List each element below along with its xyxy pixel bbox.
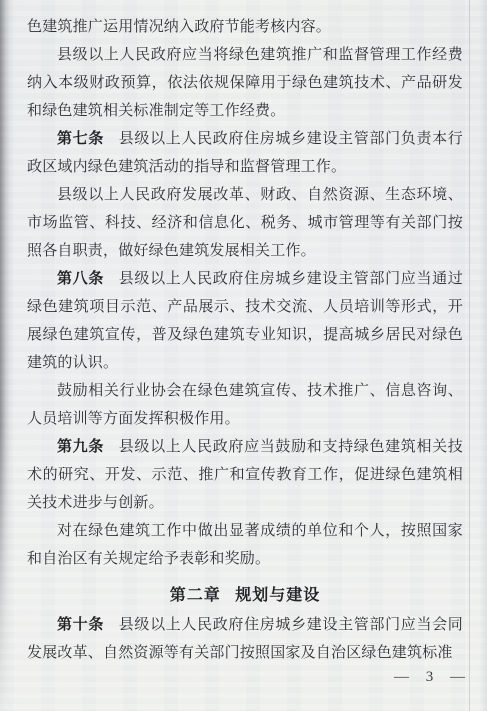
document-body: 色建筑推广运用情况纳入政府节能考核内容。县级以上人民政府应当将绿色建筑推广和监督… bbox=[27, 13, 463, 667]
scan-left-shadow bbox=[0, 0, 13, 711]
page-number: — 3 — bbox=[394, 667, 467, 687]
article-paragraph: 第十条县级以上人民政府住房城乡建设主管部门应当会同发展改革、自然资源等有关部门按… bbox=[27, 611, 463, 667]
article-number: 第九条 bbox=[57, 439, 104, 455]
article-paragraph: 第九条县级以上人民政府应当鼓励和支持绿色建筑相关技术的研究、开发、示范、推广和宣… bbox=[27, 433, 463, 517]
chapter-heading: 第二章规划与建设 bbox=[27, 582, 463, 610]
scan-right-line bbox=[469, 0, 470, 711]
article-paragraph: 第七条县级以上人民政府住房城乡建设主管部门负责本行政区域内绿色建筑活动的指导和监… bbox=[27, 125, 463, 181]
body-paragraph: 鼓励相关行业协会在绿色建筑宣传、技术推广、信息咨询、人员培训等方面发挥积极作用。 bbox=[27, 377, 463, 433]
article-number: 第八条 bbox=[57, 271, 104, 287]
body-paragraph: 对在绿色建筑工作中做出显著成绩的单位和个人，按照国家和自治区有关规定给予表彰和奖… bbox=[27, 517, 463, 573]
chapter-title: 规划与建设 bbox=[235, 587, 320, 604]
body-paragraph: 县级以上人民政府发展改革、财政、自然资源、生态环境、市场监管、科技、经济和信息化… bbox=[27, 181, 463, 265]
body-paragraph: 县级以上人民政府应当将绿色建筑推广和监督管理工作经费纳入本级财政预算，依法依规保… bbox=[27, 41, 463, 125]
article-number: 第十条 bbox=[57, 617, 104, 633]
scan-right-shade bbox=[479, 0, 487, 711]
chapter-number: 第二章 bbox=[170, 587, 221, 604]
scanned-page: 色建筑推广运用情况纳入政府节能考核内容。县级以上人民政府应当将绿色建筑推广和监督… bbox=[0, 0, 487, 711]
article-paragraph: 第八条县级以上人民政府住房城乡建设主管部门应当通过绿色建筑项目示范、产品展示、技… bbox=[27, 265, 463, 377]
body-paragraph: 色建筑推广运用情况纳入政府节能考核内容。 bbox=[27, 13, 463, 41]
article-number: 第七条 bbox=[57, 131, 104, 147]
